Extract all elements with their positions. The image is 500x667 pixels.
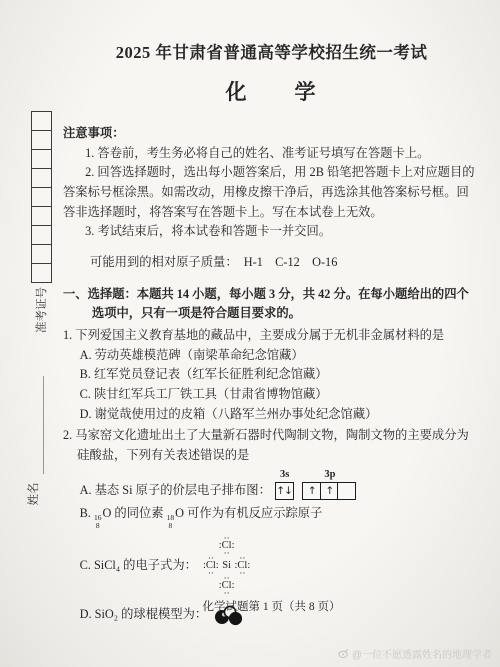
q2-option-c: C. SiCl₄ 的电子式为： ·· :Cl: ·· ·· :Cl: ·· Si… bbox=[80, 536, 480, 596]
orbital-3p-group: 3p ↑ ↑ bbox=[304, 470, 357, 501]
exam-number-label: 准考证号 bbox=[33, 277, 49, 343]
q2-option-b: B. 168O 的同位素 188O 可作为有机反应示踪原子 bbox=[80, 504, 480, 530]
orbital-3s-label: 3s bbox=[280, 470, 289, 481]
lewis-cl-right: ·· :Cl: ·· bbox=[235, 556, 251, 576]
exam-number-box bbox=[31, 187, 52, 207]
exam-number-box bbox=[31, 130, 52, 150]
watermark: @一位不愿透露姓名的地理学者 bbox=[338, 646, 492, 661]
weibo-watermark-icon bbox=[338, 648, 349, 659]
name-label: 姓名 bbox=[25, 467, 41, 521]
exam-number-box bbox=[31, 111, 52, 131]
section-heading: 一、选择题：本题共 14 小题，每小题 3 分，共 42 分。在每小题给出的四个… bbox=[63, 285, 480, 324]
q2-option-a-text: A. 基态 Si 原子的价层电子排布图： bbox=[80, 481, 271, 501]
exam-number-box bbox=[31, 206, 52, 226]
question-1-options: A. 劳动英雄模范碑（南梁革命纪念馆藏） B. 红军党员登记表（红军长征胜利纪念… bbox=[80, 346, 480, 425]
exam-number-boxes bbox=[31, 112, 52, 283]
orbital-diagram: 3s ↑↓ 3p ↑ ↑ bbox=[276, 470, 356, 501]
name-writing-line bbox=[43, 376, 44, 474]
q2-option-b-mid: O 的同位素 bbox=[102, 506, 166, 520]
orbital-3s-group: 3s ↑↓ bbox=[276, 470, 294, 501]
notice-item-2: 2. 回答选择题时，选出每小题答案后，用 2B 铅笔把答题卡上对应题目的答案标号… bbox=[63, 163, 480, 222]
question-1-stem: 1. 下列爱国主义教育基地的藏品中，主要成分属于无机非金属材料的是 bbox=[63, 326, 480, 346]
page-footer: 化学试题第 1 页（共 8 页） bbox=[63, 598, 480, 614]
q2-option-c-text: C. SiCl₄ 的电子式为： bbox=[80, 556, 197, 576]
subject-title: 化 学 bbox=[63, 76, 480, 110]
notice-item-3: 3. 考试结束后，将本试卷和答题卡一并交回。 bbox=[63, 222, 480, 242]
orbital-3p-box-2: ↑ bbox=[320, 482, 339, 500]
exam-number-box bbox=[31, 168, 52, 188]
lewis-cl-top: ·· :Cl: ·· bbox=[219, 536, 235, 556]
q1-option-c: C. 陕甘红军兵工厂铁工具（甘肃省博物馆藏） bbox=[80, 385, 480, 405]
exam-paper: 2025 年甘肃省普通高等学校招生统一考试 化 学 注意事项： 1. 答卷前，考… bbox=[63, 40, 480, 626]
exam-number-box bbox=[31, 225, 52, 245]
page-title: 2025 年甘肃省普通高等学校招生统一考试 bbox=[63, 40, 480, 66]
notice-item-1: 1. 答卷前，考生务必将自己的姓名、准考证号填写在答题卡上。 bbox=[63, 144, 480, 164]
notice-section: 注意事项： 1. 答卷前，考生务必将自己的姓名、准考证号填写在答题卡上。 2. … bbox=[63, 124, 480, 242]
orbital-3p-label: 3p bbox=[324, 470, 335, 481]
q1-option-d: D. 谢觉哉使用过的皮箱（八路军兰州办事处纪念馆藏） bbox=[80, 405, 480, 425]
orbital-3p-box-1: ↑ bbox=[302, 482, 321, 500]
watermark-text: @一位不愿透露姓名的地理学者 bbox=[352, 646, 492, 661]
exam-number-box bbox=[31, 149, 52, 169]
notice-heading: 注意事项： bbox=[63, 124, 480, 144]
q2-option-b-suffix: O 可作为有机反应示踪原子 bbox=[175, 506, 322, 520]
orbital-3p-box-3 bbox=[337, 482, 356, 500]
lewis-cl-left: ·· :Cl: ·· bbox=[203, 556, 219, 576]
orbital-3s-box: ↑↓ bbox=[275, 482, 294, 500]
q2-option-b-prefix: B. bbox=[80, 506, 94, 520]
isotope-18-8: 188 bbox=[167, 514, 175, 530]
isotope-16-8: 168 bbox=[94, 514, 102, 530]
question-2-stem: 2. 马家窑文化遗址出土了大量新石器时代陶制文物，陶制文物的主要成分为硅酸盐，下… bbox=[63, 426, 480, 465]
q1-option-a: A. 劳动英雄模范碑（南梁革命纪念馆藏） bbox=[80, 346, 480, 366]
atomic-mass-line: 可能用到的相对原子质量： H-1 C-12 O-16 bbox=[90, 253, 480, 273]
q1-option-b: B. 红军党员登记表（红军长征胜利纪念馆藏） bbox=[80, 365, 480, 385]
q2-option-a: A. 基态 Si 原子的价层电子排布图： 3s ↑↓ 3p ↑ ↑ bbox=[80, 470, 480, 501]
lewis-si-center: Si bbox=[222, 561, 231, 571]
exam-number-box bbox=[31, 244, 52, 264]
lewis-cl-bottom: ·· :Cl: ·· bbox=[219, 576, 235, 596]
lewis-structure-sicl4: ·· :Cl: ·· ·· :Cl: ·· Si ·· :Cl: ·· bbox=[203, 536, 250, 596]
